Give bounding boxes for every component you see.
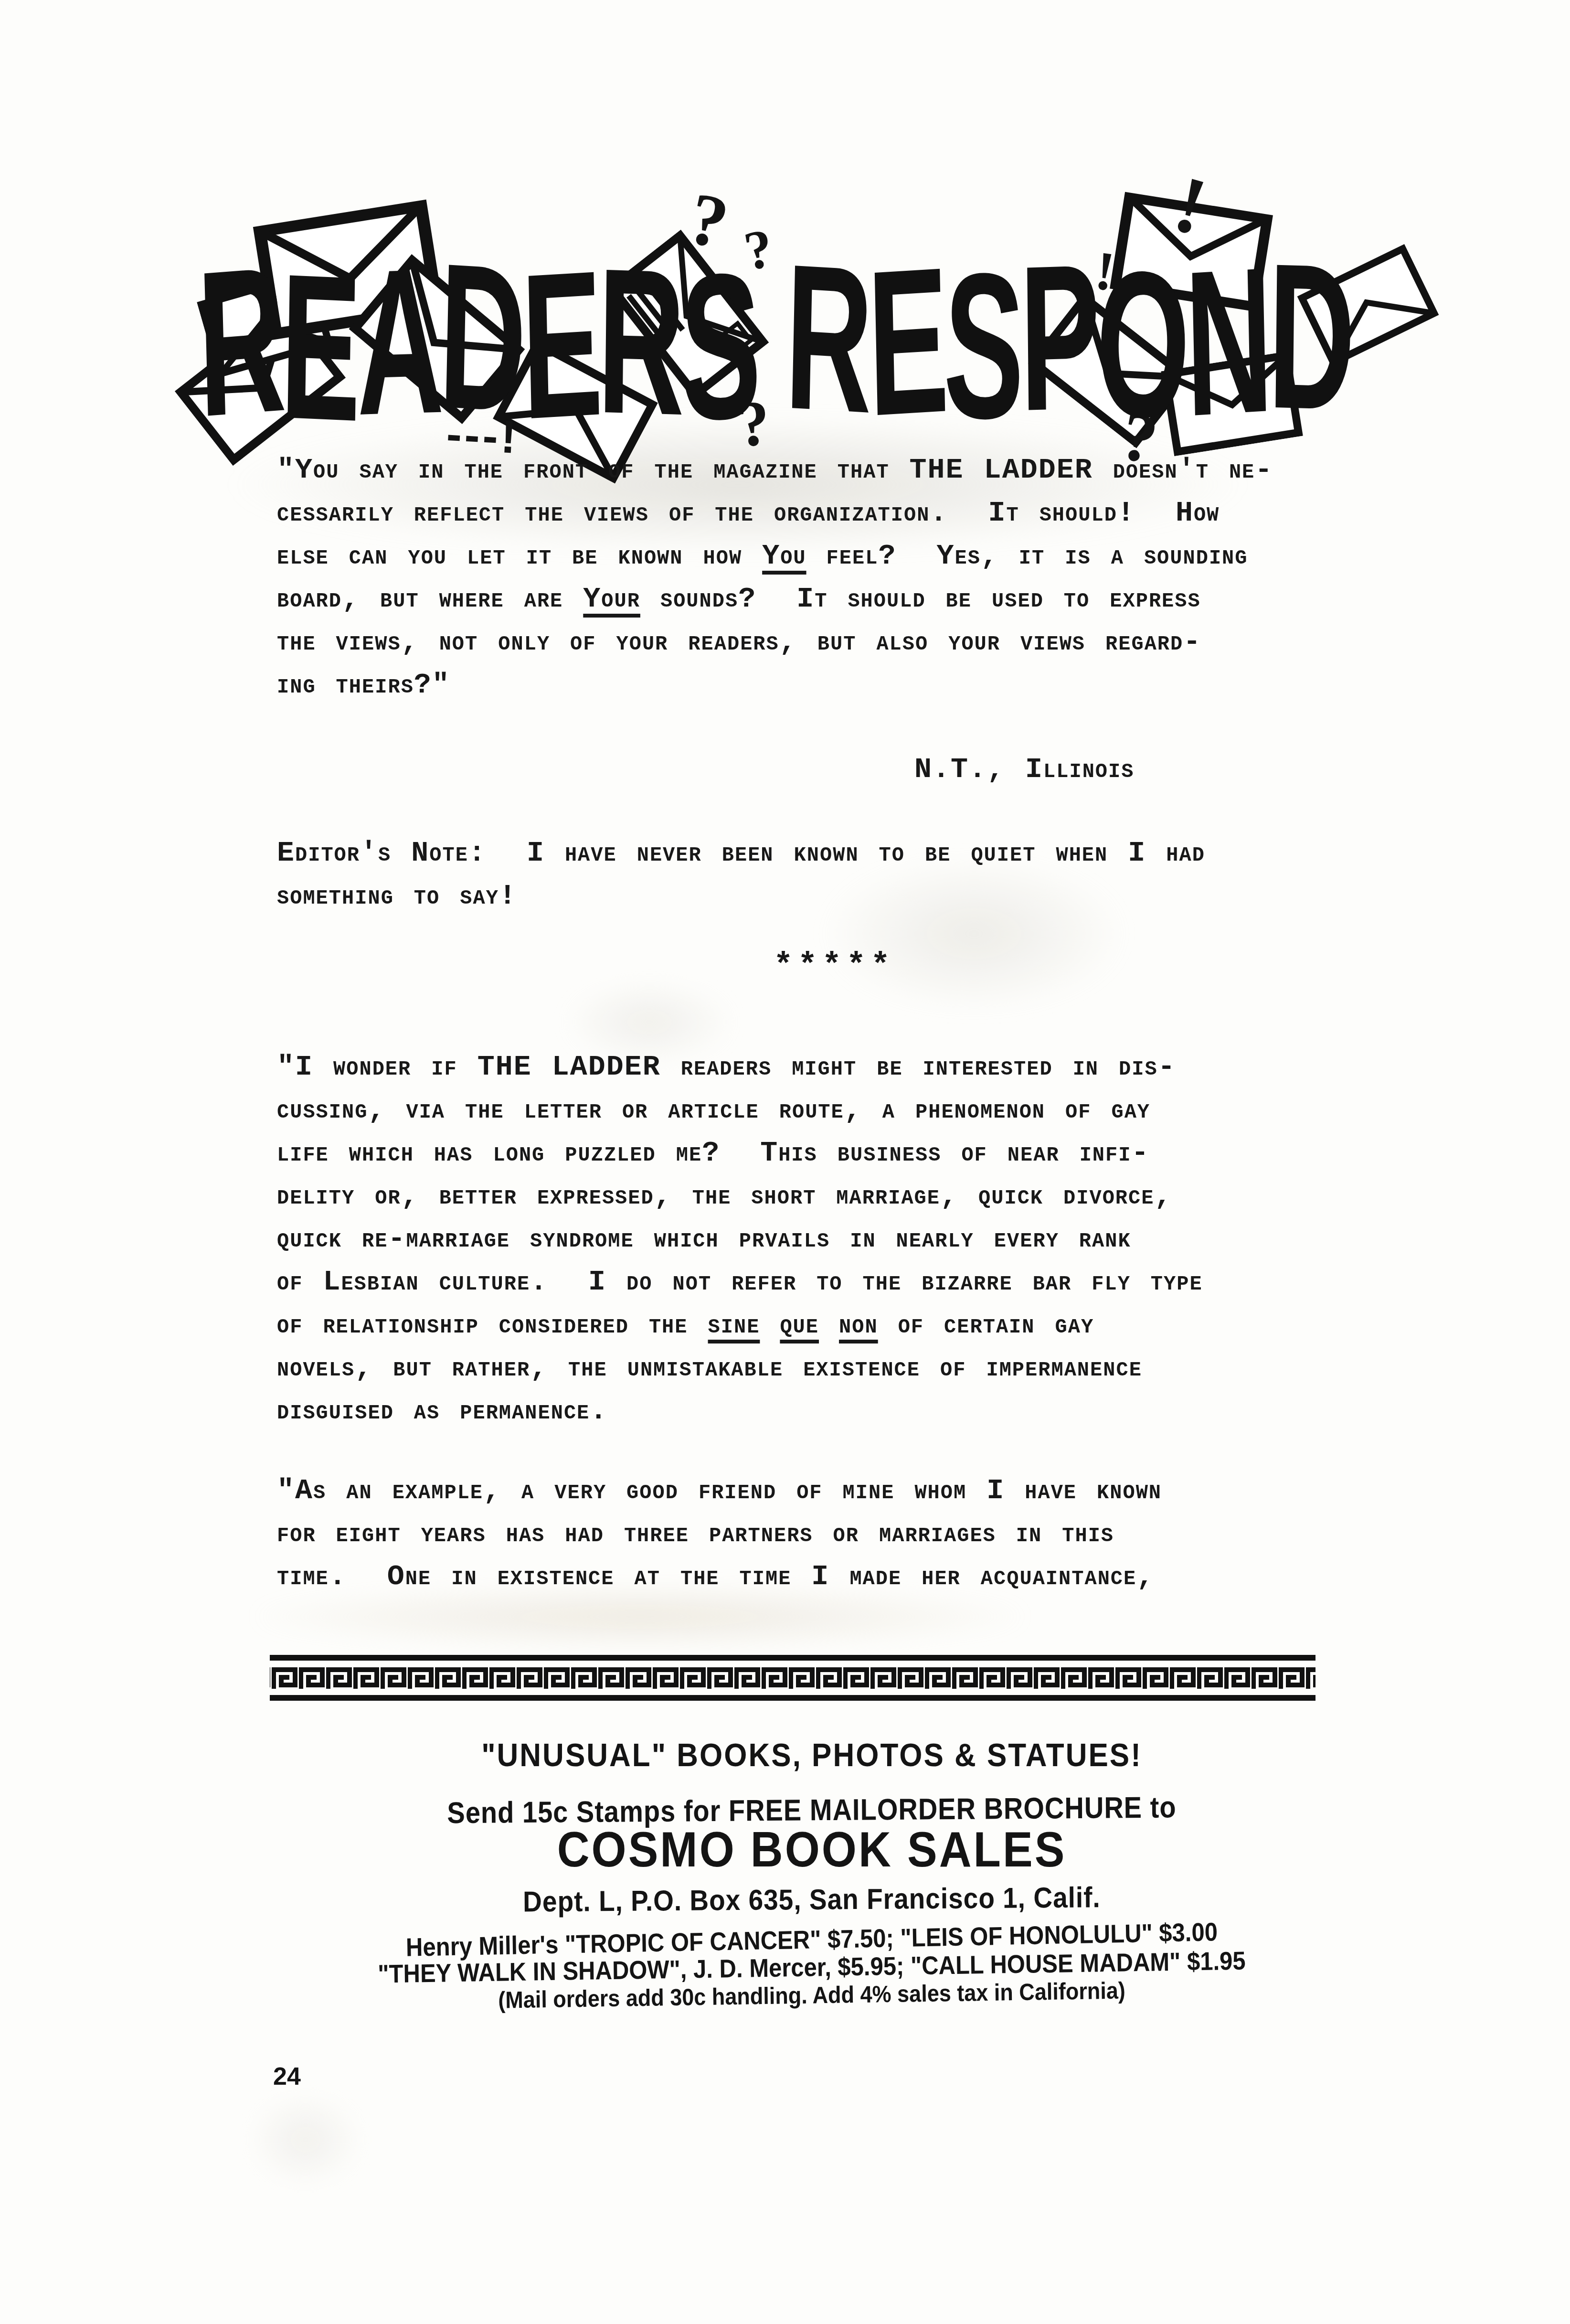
greek-key-border [270,1655,1315,1701]
attribution-text: N.T., Illinois [914,754,1134,786]
section-separator-stars: ***** [774,948,895,985]
letter-2-paragraph-2: "As an example, a very good friend of mi… [277,1470,1162,1599]
letter-2-paragraph-1: "I wonder if THE LADDER readers might be… [277,1046,1203,1433]
ad-company-name: COSMO BOOK SALES [267,1825,1356,1874]
magazine-page: ? ? ! ! ? ? ---! READERS RESPOND "You sa… [0,0,1570,2324]
letter-1-body: "You say in the front of the magazine th… [277,449,1273,707]
masthead: ? ? ! ! ? ? ---! READERS RESPOND [0,0,1570,506]
ad-headline: "UNUSUAL" BOOKS, PHOTOS & STATUES! [267,1739,1356,1772]
page-number: 24 [273,2062,301,2091]
editors-note: Editor's Note: I have never been known t… [277,832,1205,918]
ad-address: Dept. L, P.O. Box 635, San Francisco 1, … [267,1881,1356,1918]
letter-1-attribution: N.T., Illinois [914,748,1134,791]
page-title: READERS RESPOND [198,224,1351,461]
scan-smudge [248,2092,363,2187]
